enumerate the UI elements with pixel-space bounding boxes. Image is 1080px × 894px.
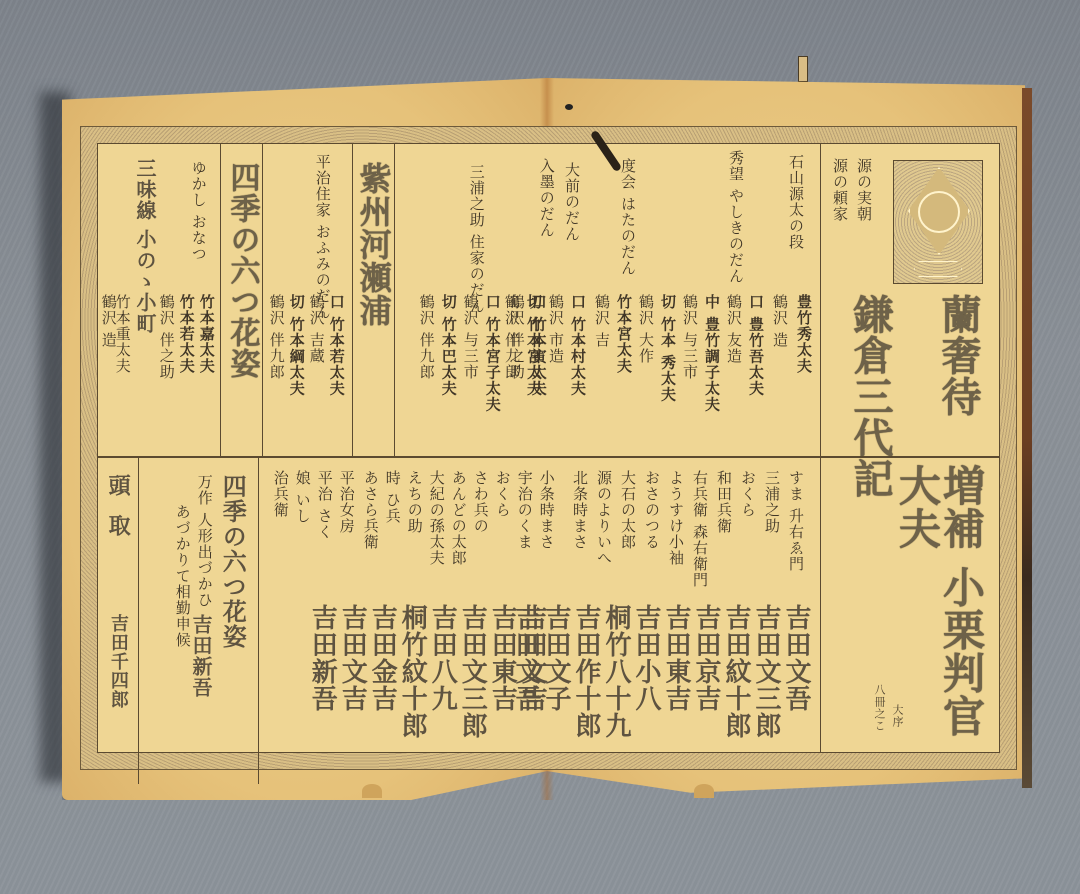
role-name: すま 升右ゑ門 — [787, 470, 803, 572]
puppeteer-name: 吉田文三郎 — [458, 604, 485, 739]
role-name: 北条時まさ — [571, 470, 587, 550]
column-rule — [138, 458, 139, 784]
scene-title: ゆかし おなつ — [190, 160, 206, 262]
chanter: 竹本宮太夫 — [615, 294, 631, 374]
role-name: おくら — [494, 470, 510, 518]
chanter: 鶴沢 与三市 — [681, 294, 697, 380]
chanter: 切 竹本巴太夫 — [440, 294, 456, 396]
worm-hole — [565, 104, 573, 110]
printed-content-area: 蘭奢待 増補 小栗判官 大夫 鎌倉三代記 八冊之こ 大序 源の実朝 源の頼家 石… — [97, 143, 1000, 753]
chanter: 鶴沢 大作 — [637, 294, 653, 364]
printed-border-frame: 蘭奢待 増補 小栗判官 大夫 鎌倉三代記 八冊之こ 大序 源の実朝 源の頼家 石… — [80, 126, 1017, 770]
chanter: 口 豊竹吾太夫 — [747, 294, 763, 396]
puppeteer-name: 吉田文三郎 — [752, 604, 779, 739]
role-name: ようすけ小袖 — [667, 470, 683, 566]
title-gaidai-right: 増補 小栗判官 大夫 — [895, 464, 983, 752]
kamon-crest-icon — [893, 160, 983, 284]
puppeteer-name: 吉田東吉 — [662, 604, 689, 712]
column-rule — [352, 144, 353, 456]
puppeteer-name: 吉田金吉 — [368, 604, 395, 712]
chanter: 口 竹本宮子太夫 — [484, 294, 500, 412]
chanter: 中 豊竹調子太夫 — [703, 294, 719, 412]
puppeteer-name: 吉田新吾 — [308, 604, 335, 712]
scene-title: 大前のだん — [563, 162, 579, 242]
role-name: 時 ひ兵 — [384, 470, 400, 524]
subtitle-ruby: 源の実朝 — [855, 158, 871, 222]
feature-title: 四季の六つ花姿 — [220, 474, 245, 649]
chanter: 切 竹本 秀太夫 — [659, 294, 675, 402]
scene-title: 三浦之助 住家のだん — [468, 164, 484, 314]
chanter: 鶴沢 伴之助 — [508, 294, 524, 380]
role-name: 源のよりいへ — [595, 470, 611, 566]
role-name: さわ兵の — [472, 470, 488, 534]
role-name: えちの助 — [406, 470, 422, 534]
puppeteer-name: 吉田文吉 — [338, 604, 365, 712]
page-notch — [362, 784, 382, 798]
role-name: 右兵衛 森右衛門 — [691, 470, 707, 588]
role-name: あんどの太郎 — [450, 470, 466, 566]
shamisen-heading: 三味線 小のゝ小町 — [134, 158, 155, 334]
role-name: 治兵衛 — [272, 470, 288, 518]
chanter: 切 竹本綱太夫 — [288, 294, 304, 396]
subtitle-ruby: 源の頼家 — [831, 158, 847, 222]
role-name: おくら — [739, 470, 755, 518]
column-rule — [258, 458, 259, 784]
scene-title: 石山源太の段 — [787, 154, 803, 250]
column-rule — [820, 144, 821, 752]
chanter: 竹本嘉太夫 — [198, 294, 214, 374]
puppeteer-name: 吉田小八 — [632, 604, 659, 712]
scene-title: 入墨のだん — [538, 158, 554, 238]
puppeteer-name: 吉田文吾 — [782, 604, 809, 712]
column-rule — [262, 144, 263, 456]
chanter: 鶴沢 造 — [771, 294, 787, 348]
role-name: 平治 さく — [316, 470, 332, 540]
role-name: 平治女房 — [338, 470, 354, 534]
role-name: 娘 いし — [294, 470, 310, 524]
scene-title-large: 紫州河瀬浦 — [356, 162, 390, 327]
puppeteer-name: 吉田八九 — [428, 604, 455, 712]
chanter: 口 竹本村太夫 — [569, 294, 585, 396]
puppeteer-name: 吉田作十郎 — [572, 604, 599, 739]
chanter: 鶴沢 伴之助 — [158, 294, 174, 380]
role-name: あさら兵衛 — [362, 470, 378, 550]
feature-puppeteer: 吉田新吾 — [190, 614, 211, 698]
open-book: 蘭奢待 増補 小栗判官 大夫 鎌倉三代記 八冊之こ 大序 源の実朝 源の頼家 石… — [62, 78, 1032, 800]
chanter: 鶴沢 友造 — [725, 294, 741, 364]
page-notch — [694, 784, 714, 798]
puppeteer-name: 吉田京吉 — [692, 604, 719, 712]
chanter: 口 竹本若太夫 — [328, 294, 344, 396]
credit-label: 頭取 — [106, 474, 129, 554]
role-name: おさのつる — [643, 470, 659, 550]
chanter: 竹本若太夫 — [178, 294, 194, 374]
chanter: 口 竹本寅太夫 — [530, 294, 546, 396]
book-spine-edge — [1022, 88, 1032, 788]
role-name: 小条時まさ — [538, 470, 554, 550]
small-note: 八冊之こ — [873, 684, 885, 732]
chanter: 鶴沢 伴九郎 — [418, 294, 434, 380]
puppeteer-name: 桐竹八十九 — [602, 604, 629, 739]
feature-subtitle: 万作 人形出づかひ — [196, 474, 212, 608]
column-rule — [220, 144, 221, 456]
credit-name: 吉田千四郎 — [108, 614, 127, 709]
puppeteer-name: 桐竹紋十郎 — [398, 604, 425, 739]
title-gaidai-left: 鎌倉三代記 — [849, 294, 891, 499]
scene-title-large: 四季の六つ花姿 — [226, 162, 258, 379]
feature-note: あづかりて相勤申候 — [174, 504, 190, 648]
chanter: 豊竹秀太夫 — [795, 294, 811, 374]
chanter: 鶴沢 吉 — [593, 294, 609, 348]
title-main: 蘭奢待 — [937, 294, 979, 417]
scene-title: 度会 はたのだん — [619, 158, 635, 276]
paper-tab — [798, 56, 808, 82]
role-name: 三浦之助 — [763, 470, 779, 534]
role-name: 宇治のくま — [516, 470, 532, 550]
role-name: 和田兵衛 — [715, 470, 731, 534]
column-rule — [394, 144, 395, 456]
chanter: 鶴沢 造 — [100, 294, 116, 348]
role-name: 大石の太郎 — [619, 470, 635, 550]
puppeteer-name: 吉田紋十郎 — [722, 604, 749, 739]
chanter: 鶴沢 伴九郎 — [268, 294, 284, 380]
small-note: 大序 — [891, 704, 903, 728]
puppeteer-name: 吉田文吉 — [518, 604, 545, 712]
scene-title: 秀望 やしきのだん — [727, 150, 743, 284]
chanter: 鶴沢 吉蔵 — [308, 294, 324, 364]
chanter: 鶴沢 与三市 — [462, 294, 478, 380]
chanter: 鶴沢 市造 — [547, 294, 563, 364]
puppeteer-name: 吉田東吉 — [488, 604, 515, 712]
role-name: 大紀の孫太夫 — [428, 470, 444, 566]
